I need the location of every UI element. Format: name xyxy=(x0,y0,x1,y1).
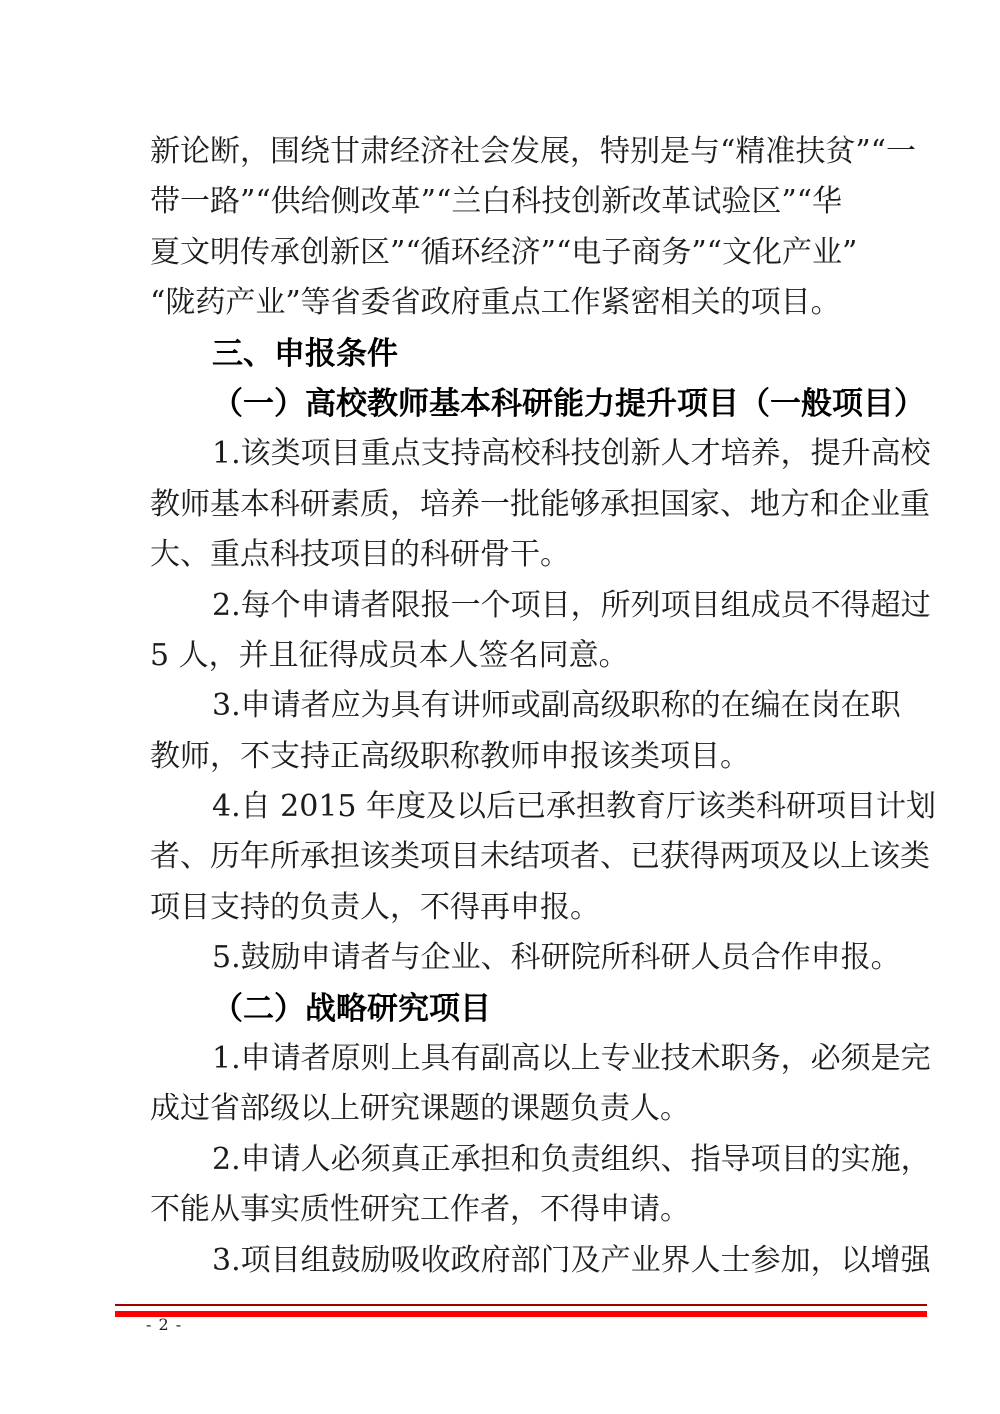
heading-line: （一）高校教师基本科研能力提升项目（一般项目） xyxy=(150,379,850,429)
text-line: 者、历年所承担该类项目未结项者、已获得两项及以上该类 xyxy=(150,832,850,882)
text-line: 教师，不支持正高级职称教师申报该类项目。 xyxy=(150,732,850,782)
text-line: 不能从事实质性研究工作者，不得申请。 xyxy=(150,1185,850,1235)
page-number: - 2 - xyxy=(146,1315,182,1334)
text-line: 2.每个申请者限报一个项目，所列项目组成员不得超过 xyxy=(150,581,850,631)
text-line: 5.鼓励申请者与企业、科研院所科研人员合作申报。 xyxy=(150,933,850,983)
text-line: 带一路”“供给侧改革”“兰白科技创新改革试验区”“华 xyxy=(150,177,850,227)
footer-rule-thin xyxy=(115,1304,927,1306)
document-page: 新论断，围绕甘肃经济社会发展，特别是与“精准扶贫”“一带一路”“供给侧改革”“兰… xyxy=(0,0,1000,1414)
text-line: 1.申请者原则上具有副高以上专业技术职务，必须是完 xyxy=(150,1034,850,1084)
text-line: 新论断，围绕甘肃经济社会发展，特别是与“精准扶贫”“一 xyxy=(150,127,850,177)
text-line: 3.项目组鼓励吸收政府部门及产业界人士参加，以增强 xyxy=(150,1236,850,1286)
text-line: 成过省部级以上研究课题的课题负责人。 xyxy=(150,1084,850,1134)
text-line: 项目支持的负责人，不得再申报。 xyxy=(150,883,850,933)
text-line: 夏文明传承创新区”“循环经济”“电子商务”“文化产业” xyxy=(150,228,850,278)
text-line: 4.自 2015 年度及以后已承担教育厅该类科研项目计划 xyxy=(150,782,850,832)
heading-line: （二）战略研究项目 xyxy=(150,984,850,1034)
footer-rule-thick xyxy=(115,1311,927,1317)
text-line: “陇药产业”等省委省政府重点工作紧密相关的项目。 xyxy=(150,278,850,328)
text-line: 1.该类项目重点支持高校科技创新人才培养，提升高校 xyxy=(150,429,850,479)
text-lines: 新论断，围绕甘肃经济社会发展，特别是与“精准扶贫”“一带一路”“供给侧改革”“兰… xyxy=(150,127,850,1286)
text-line: 大、重点科技项目的科研骨干。 xyxy=(150,530,850,580)
text-line: 教师基本科研素质，培养一批能够承担国家、地方和企业重 xyxy=(150,480,850,530)
text-line: 3.申请者应为具有讲师或副高级职称的在编在岗在职 xyxy=(150,681,850,731)
text-line: 5 人，并且征得成员本人签名同意。 xyxy=(150,631,850,681)
text-line: 2.申请人必须真正承担和负责组织、指导项目的实施， xyxy=(150,1135,850,1185)
heading-line: 三、申报条件 xyxy=(150,329,850,379)
